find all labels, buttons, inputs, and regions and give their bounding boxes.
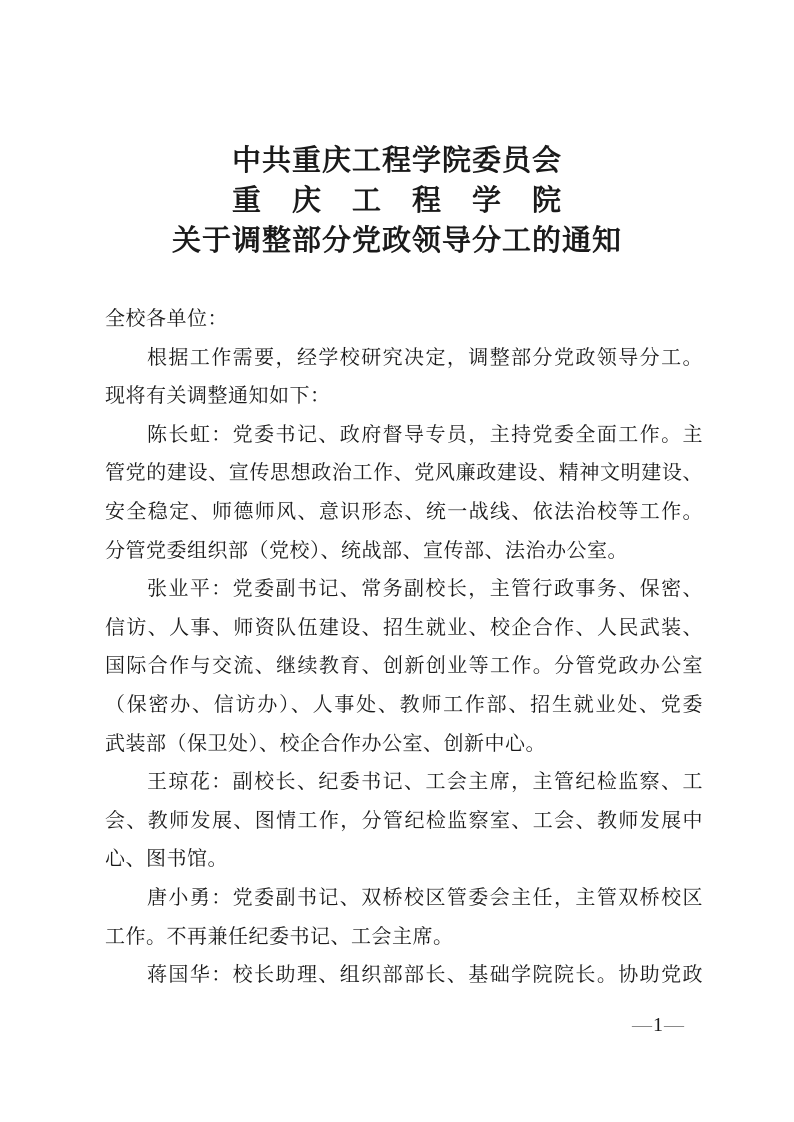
document-title: 中共重庆工程学院委员会 重 庆 工 程 学 院 关于调整部分党政领导分工的通知 bbox=[0, 141, 794, 261]
paragraph-chen-changhong: 陈长虹：党委书记、政府督导专员，主持党委全面工作。主 管党的建设、宣传思想政治工… bbox=[105, 416, 703, 570]
document-body: 全校各单位： 根据工作需要，经学校研究决定，调整部分党政领导分工。 现将有关调整… bbox=[105, 300, 703, 995]
paragraph-intro: 根据工作需要，经学校研究决定，调整部分党政领导分工。 现将有关调整通知如下： bbox=[105, 339, 703, 416]
body-line: 国际合作与交流、继续教育、创新创业等工作。分管党政办公室 bbox=[105, 647, 703, 686]
body-line: 张业平：党委副书记、常务副校长，主管行政事务、保密、 bbox=[105, 570, 703, 609]
document-page: 中共重庆工程学院委员会 重 庆 工 程 学 院 关于调整部分党政领导分工的通知 … bbox=[0, 0, 794, 1122]
body-line: （保密办、信访办）、人事处、教师工作部、招生就业处、党委 bbox=[105, 686, 703, 725]
page-number: —1— bbox=[632, 1012, 684, 1038]
title-line-committee: 中共重庆工程学院委员会 bbox=[0, 141, 794, 181]
body-line: 安全稳定、师德师风、意识形态、统一战线、依法治校等工作。 bbox=[105, 493, 703, 532]
paragraph-tang-xiaoyong: 唐小勇：党委副书记、双桥校区管委会主任，主管双桥校区 工作。不再兼任纪委书记、工… bbox=[105, 879, 703, 956]
body-line: 王琼花：副校长、纪委书记、工会主席，主管纪检监察、工 bbox=[105, 763, 703, 802]
body-line: 分管党委组织部（党校）、统战部、宣传部、法治办公室。 bbox=[105, 532, 703, 571]
paragraph-zhang-yeping: 张业平：党委副书记、常务副校长，主管行政事务、保密、 信访、人事、师资队伍建设、… bbox=[105, 570, 703, 763]
body-line: 蒋国华：校长助理、组织部部长、基础学院院长。协助党政 bbox=[105, 956, 703, 995]
body-line: 工作。不再兼任纪委书记、工会主席。 bbox=[105, 918, 703, 957]
body-line: 现将有关调整通知如下： bbox=[105, 377, 703, 416]
body-line: 信访、人事、师资队伍建设、招生就业、校企合作、人民武装、 bbox=[105, 609, 703, 648]
body-line: 唐小勇：党委副书记、双桥校区管委会主任，主管双桥校区 bbox=[105, 879, 703, 918]
page-number-dash-right: — bbox=[664, 1014, 684, 1036]
body-line: 管党的建设、宣传思想政治工作、党风廉政建设、精神文明建设、 bbox=[105, 454, 703, 493]
body-line: 心、图书馆。 bbox=[105, 840, 703, 879]
title-line-subject: 关于调整部分党政领导分工的通知 bbox=[0, 221, 794, 261]
body-line: 会、教师发展、图情工作，分管纪检监察室、工会、教师发展中 bbox=[105, 802, 703, 841]
paragraph-wang-qionghua: 王琼花：副校长、纪委书记、工会主席，主管纪检监察、工 会、教师发展、图情工作，分… bbox=[105, 763, 703, 879]
page-number-dash-left: — bbox=[632, 1014, 652, 1036]
title-line-college: 重 庆 工 程 学 院 bbox=[0, 181, 794, 221]
body-line: 根据工作需要，经学校研究决定，调整部分党政领导分工。 bbox=[105, 339, 703, 378]
body-line: 陈长虹：党委书记、政府督导专员，主持党委全面工作。主 bbox=[105, 416, 703, 455]
paragraph-jiang-guohua: 蒋国华：校长助理、组织部部长、基础学院院长。协助党政 bbox=[105, 956, 703, 995]
body-line: 武装部（保卫处）、校企合作办公室、创新中心。 bbox=[105, 725, 703, 764]
body-line: 全校各单位： bbox=[105, 300, 703, 339]
page-number-value: 1 bbox=[652, 1014, 664, 1036]
paragraph-salutation: 全校各单位： bbox=[105, 300, 703, 339]
